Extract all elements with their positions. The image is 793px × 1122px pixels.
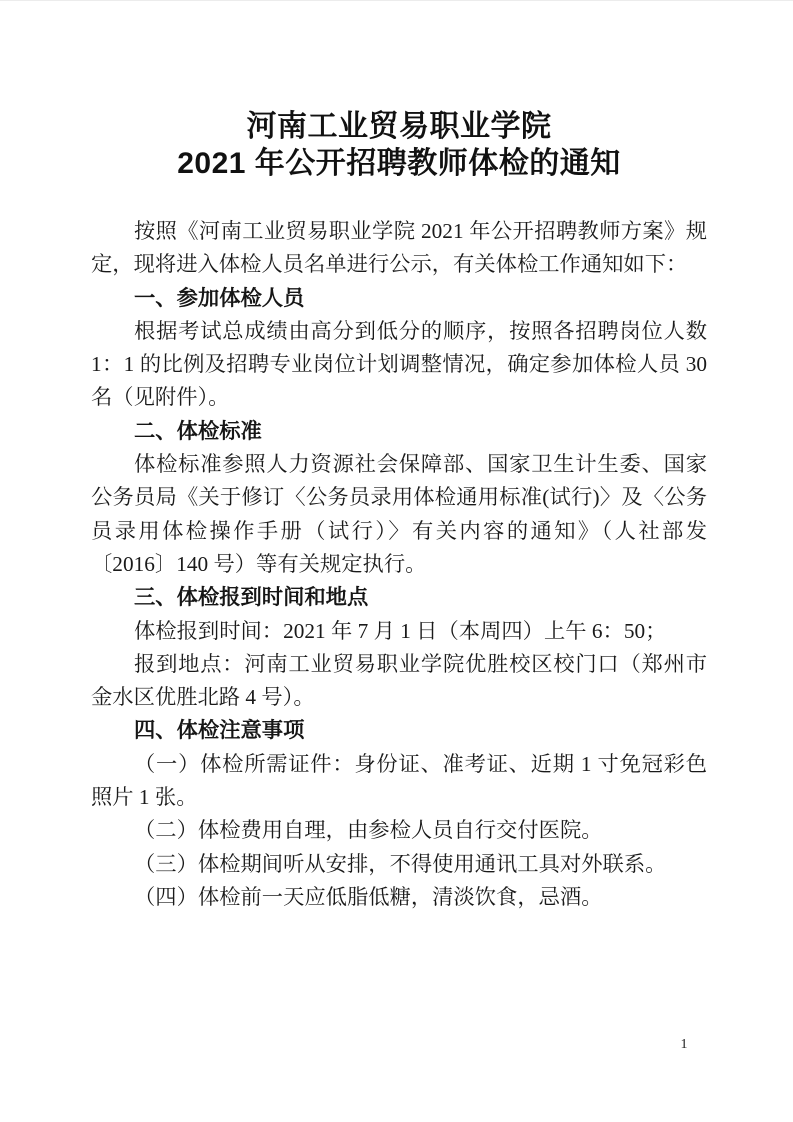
section-4-paragraph-3: （三）体检期间听从安排，不得使用通讯工具对外联系。 bbox=[91, 848, 707, 881]
section-3-paragraph-2: 报到地点：河南工业贸易职业学院优胜校区校门口（郑州市金水区优胜北路 4 号）。 bbox=[91, 648, 707, 715]
intro-paragraph: 按照《河南工业贸易职业学院 2021 年公开招聘教师方案》规定，现将进入体检人员… bbox=[91, 215, 707, 282]
page-number: 1 bbox=[677, 1037, 691, 1053]
document-body: 按照《河南工业贸易职业学院 2021 年公开招聘教师方案》规定，现将进入体检人员… bbox=[91, 215, 707, 914]
section-4-paragraph-4: （四）体检前一天应低脂低糖，清淡饮食，忌酒。 bbox=[91, 881, 707, 914]
document-title-line1: 河南工业贸易职业学院 bbox=[91, 108, 707, 145]
section-2-paragraph-1: 体检标准参照人力资源社会保障部、国家卫生计生委、国家公务员局《关于修订〈公务员录… bbox=[91, 448, 707, 581]
section-3-heading: 三、体检报到时间和地点 bbox=[91, 581, 707, 614]
document-title-line2: 2021 年公开招聘教师体检的通知 bbox=[91, 145, 707, 182]
document-content: 河南工业贸易职业学院 2021 年公开招聘教师体检的通知 按照《河南工业贸易职业… bbox=[0, 1, 793, 914]
section-3-paragraph-1: 体检报到时间：2021 年 7 月 1 日（本周四）上午 6：50； bbox=[91, 615, 707, 648]
section-4-heading: 四、体检注意事项 bbox=[91, 714, 707, 747]
section-1-heading: 一、参加体检人员 bbox=[91, 282, 707, 315]
document-title: 河南工业贸易职业学院 2021 年公开招聘教师体检的通知 bbox=[91, 108, 707, 182]
document-page: 河南工业贸易职业学院 2021 年公开招聘教师体检的通知 按照《河南工业贸易职业… bbox=[0, 0, 793, 1122]
section-2-heading: 二、体检标准 bbox=[91, 415, 707, 448]
section-4-paragraph-1: （一）体检所需证件：身份证、准考证、近期 1 寸免冠彩色照片 1 张。 bbox=[91, 748, 707, 815]
section-4-paragraph-2: （二）体检费用自理，由参检人员自行交付医院。 bbox=[91, 814, 707, 847]
section-1-paragraph-1: 根据考试总成绩由高分到低分的顺序，按照各招聘岗位人数 1：1 的比例及招聘专业岗… bbox=[91, 315, 707, 415]
